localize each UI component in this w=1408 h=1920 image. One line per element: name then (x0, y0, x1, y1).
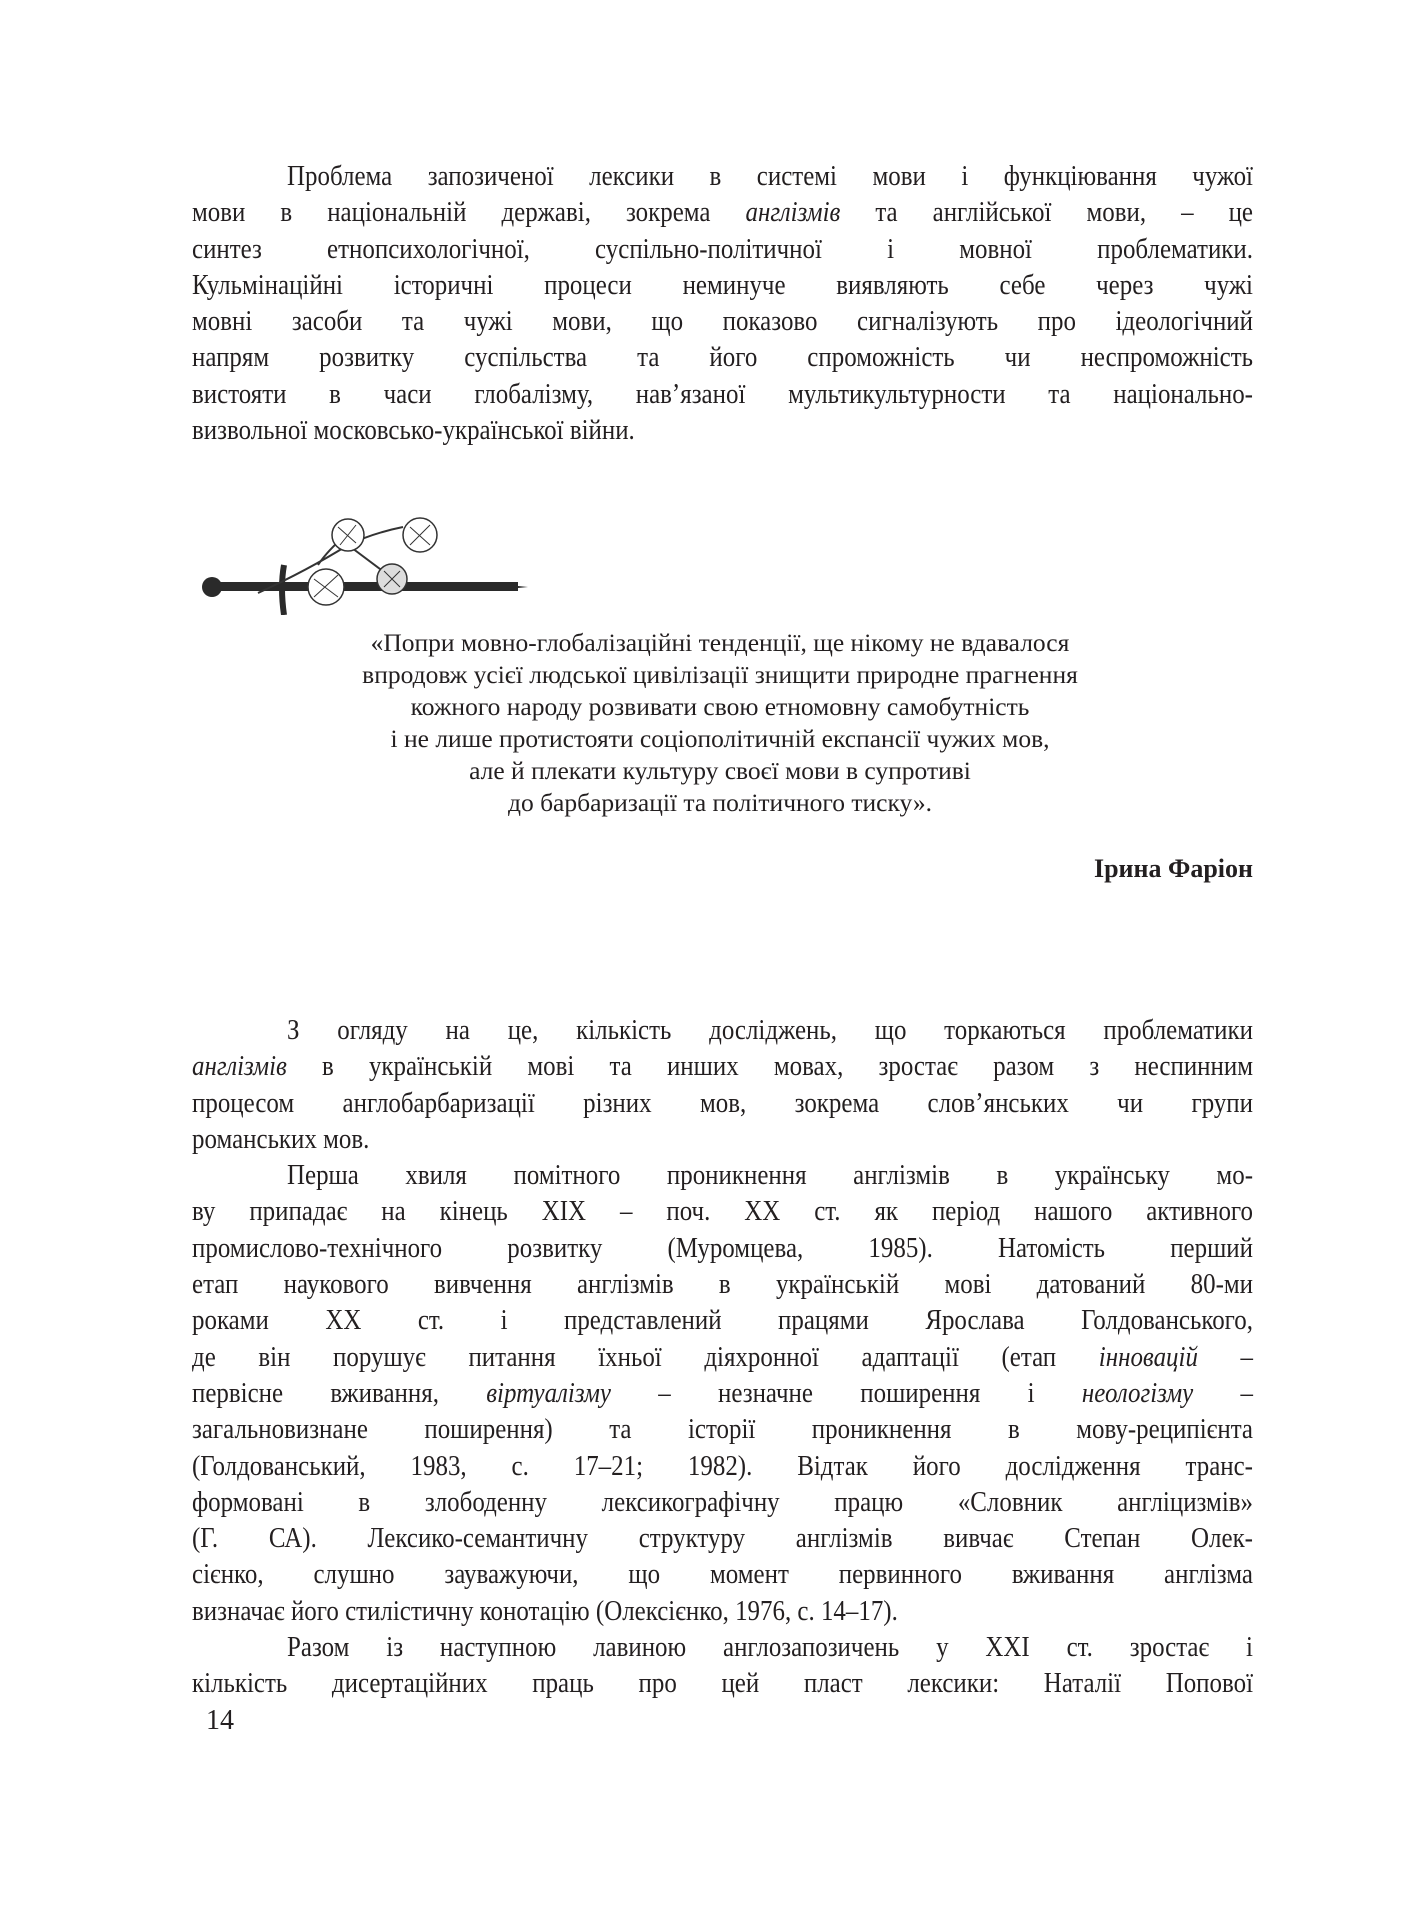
intro-paragraph: Проблема запозиченої лексики в системі м… (192, 158, 1253, 448)
italic-term: англізмів (745, 196, 840, 228)
epigraph-line: але й плекати культуру своєї мови в супр… (280, 755, 1160, 787)
text-line: (Голдованський, 1983, с. 17–21; 1982). В… (192, 1448, 1253, 1484)
text-line: де він порушує питання їхньої діяхронної… (192, 1339, 1253, 1375)
text-line: первісне вживання, віртуалізму – незначн… (192, 1375, 1253, 1411)
epigraph-quote: «Попри мовно-глобалізаційні тенденції, щ… (280, 627, 1160, 819)
text-line: З огляду на це, кількість досліджень, що… (192, 1012, 1253, 1048)
epigraph-author: Ірина Фаріон (1094, 853, 1253, 885)
text-line: мови в національній державі, зокрема анг… (192, 194, 1253, 230)
italic-term: віртуалізму (486, 1377, 611, 1409)
text-line: процесом англобарбаризації різних мов, з… (192, 1085, 1253, 1121)
text-line: англізмів в українській мові та инших мо… (192, 1048, 1253, 1084)
epigraph-line: кожного народу розвивати свою етномовну … (280, 691, 1160, 723)
italic-term: англізмів (192, 1050, 287, 1082)
text-line: загальновизнане поширення) та історії пр… (192, 1411, 1253, 1447)
sword-with-cotton-branch-icon (198, 505, 528, 615)
text-line: промислово-технічного розвитку (Муромцев… (192, 1230, 1253, 1266)
text-line: ву припадає на кінець XIX – поч. XX ст. … (192, 1193, 1253, 1229)
text-line: Разом із наступною лавиною англозапозиче… (192, 1629, 1253, 1665)
text-line: романських мов. (192, 1121, 1253, 1157)
text-line: визвольної московсько-української війни. (192, 412, 1253, 448)
epigraph-line: до барбаризації та політичного тиску». (280, 787, 1160, 819)
epigraph-line: і не лише протистояти соціополітичній ек… (280, 723, 1160, 755)
italic-term: неологізму (1082, 1377, 1193, 1409)
epigraph-line: впродовж усієї людської цивілізації знищ… (280, 659, 1160, 691)
text-line: мовні засоби та чужі мови, що показово с… (192, 303, 1253, 339)
text-line: Проблема запозиченої лексики в системі м… (192, 158, 1253, 194)
text-line: етап наукового вивчення англізмів в укра… (192, 1266, 1253, 1302)
text-line: (Г. СА). Лексико-семантичну структуру ан… (192, 1520, 1253, 1556)
text-line: формовані в злободенну лексикографічну п… (192, 1484, 1253, 1520)
text-line: вистояти в часи глобалізму, нав’язаної м… (192, 376, 1253, 412)
text-line: кількість дисертаційних праць про цей пл… (192, 1665, 1253, 1701)
page-number: 14 (206, 1705, 234, 1737)
text-line: Кульмінаційні історичні процеси неминуче… (192, 267, 1253, 303)
body-paragraphs: З огляду на це, кількість досліджень, що… (192, 1012, 1253, 1702)
text-line: сієнко, слушно зауважуючи, що момент пер… (192, 1556, 1253, 1592)
italic-term: інновацій (1099, 1341, 1198, 1373)
text-line: напрям розвитку суспільства та його спро… (192, 339, 1253, 375)
epigraph-line: «Попри мовно-глобалізаційні тенденції, щ… (280, 627, 1160, 659)
text-line: синтез етнопсихологічної, суспільно-полі… (192, 231, 1253, 267)
text-line: роками XX ст. і представлений працями Яр… (192, 1302, 1253, 1338)
text-line: Перша хвиля помітного проникнення англіз… (192, 1157, 1253, 1193)
text-line: визначає його стилістичну конотацію (Оле… (192, 1593, 1253, 1629)
